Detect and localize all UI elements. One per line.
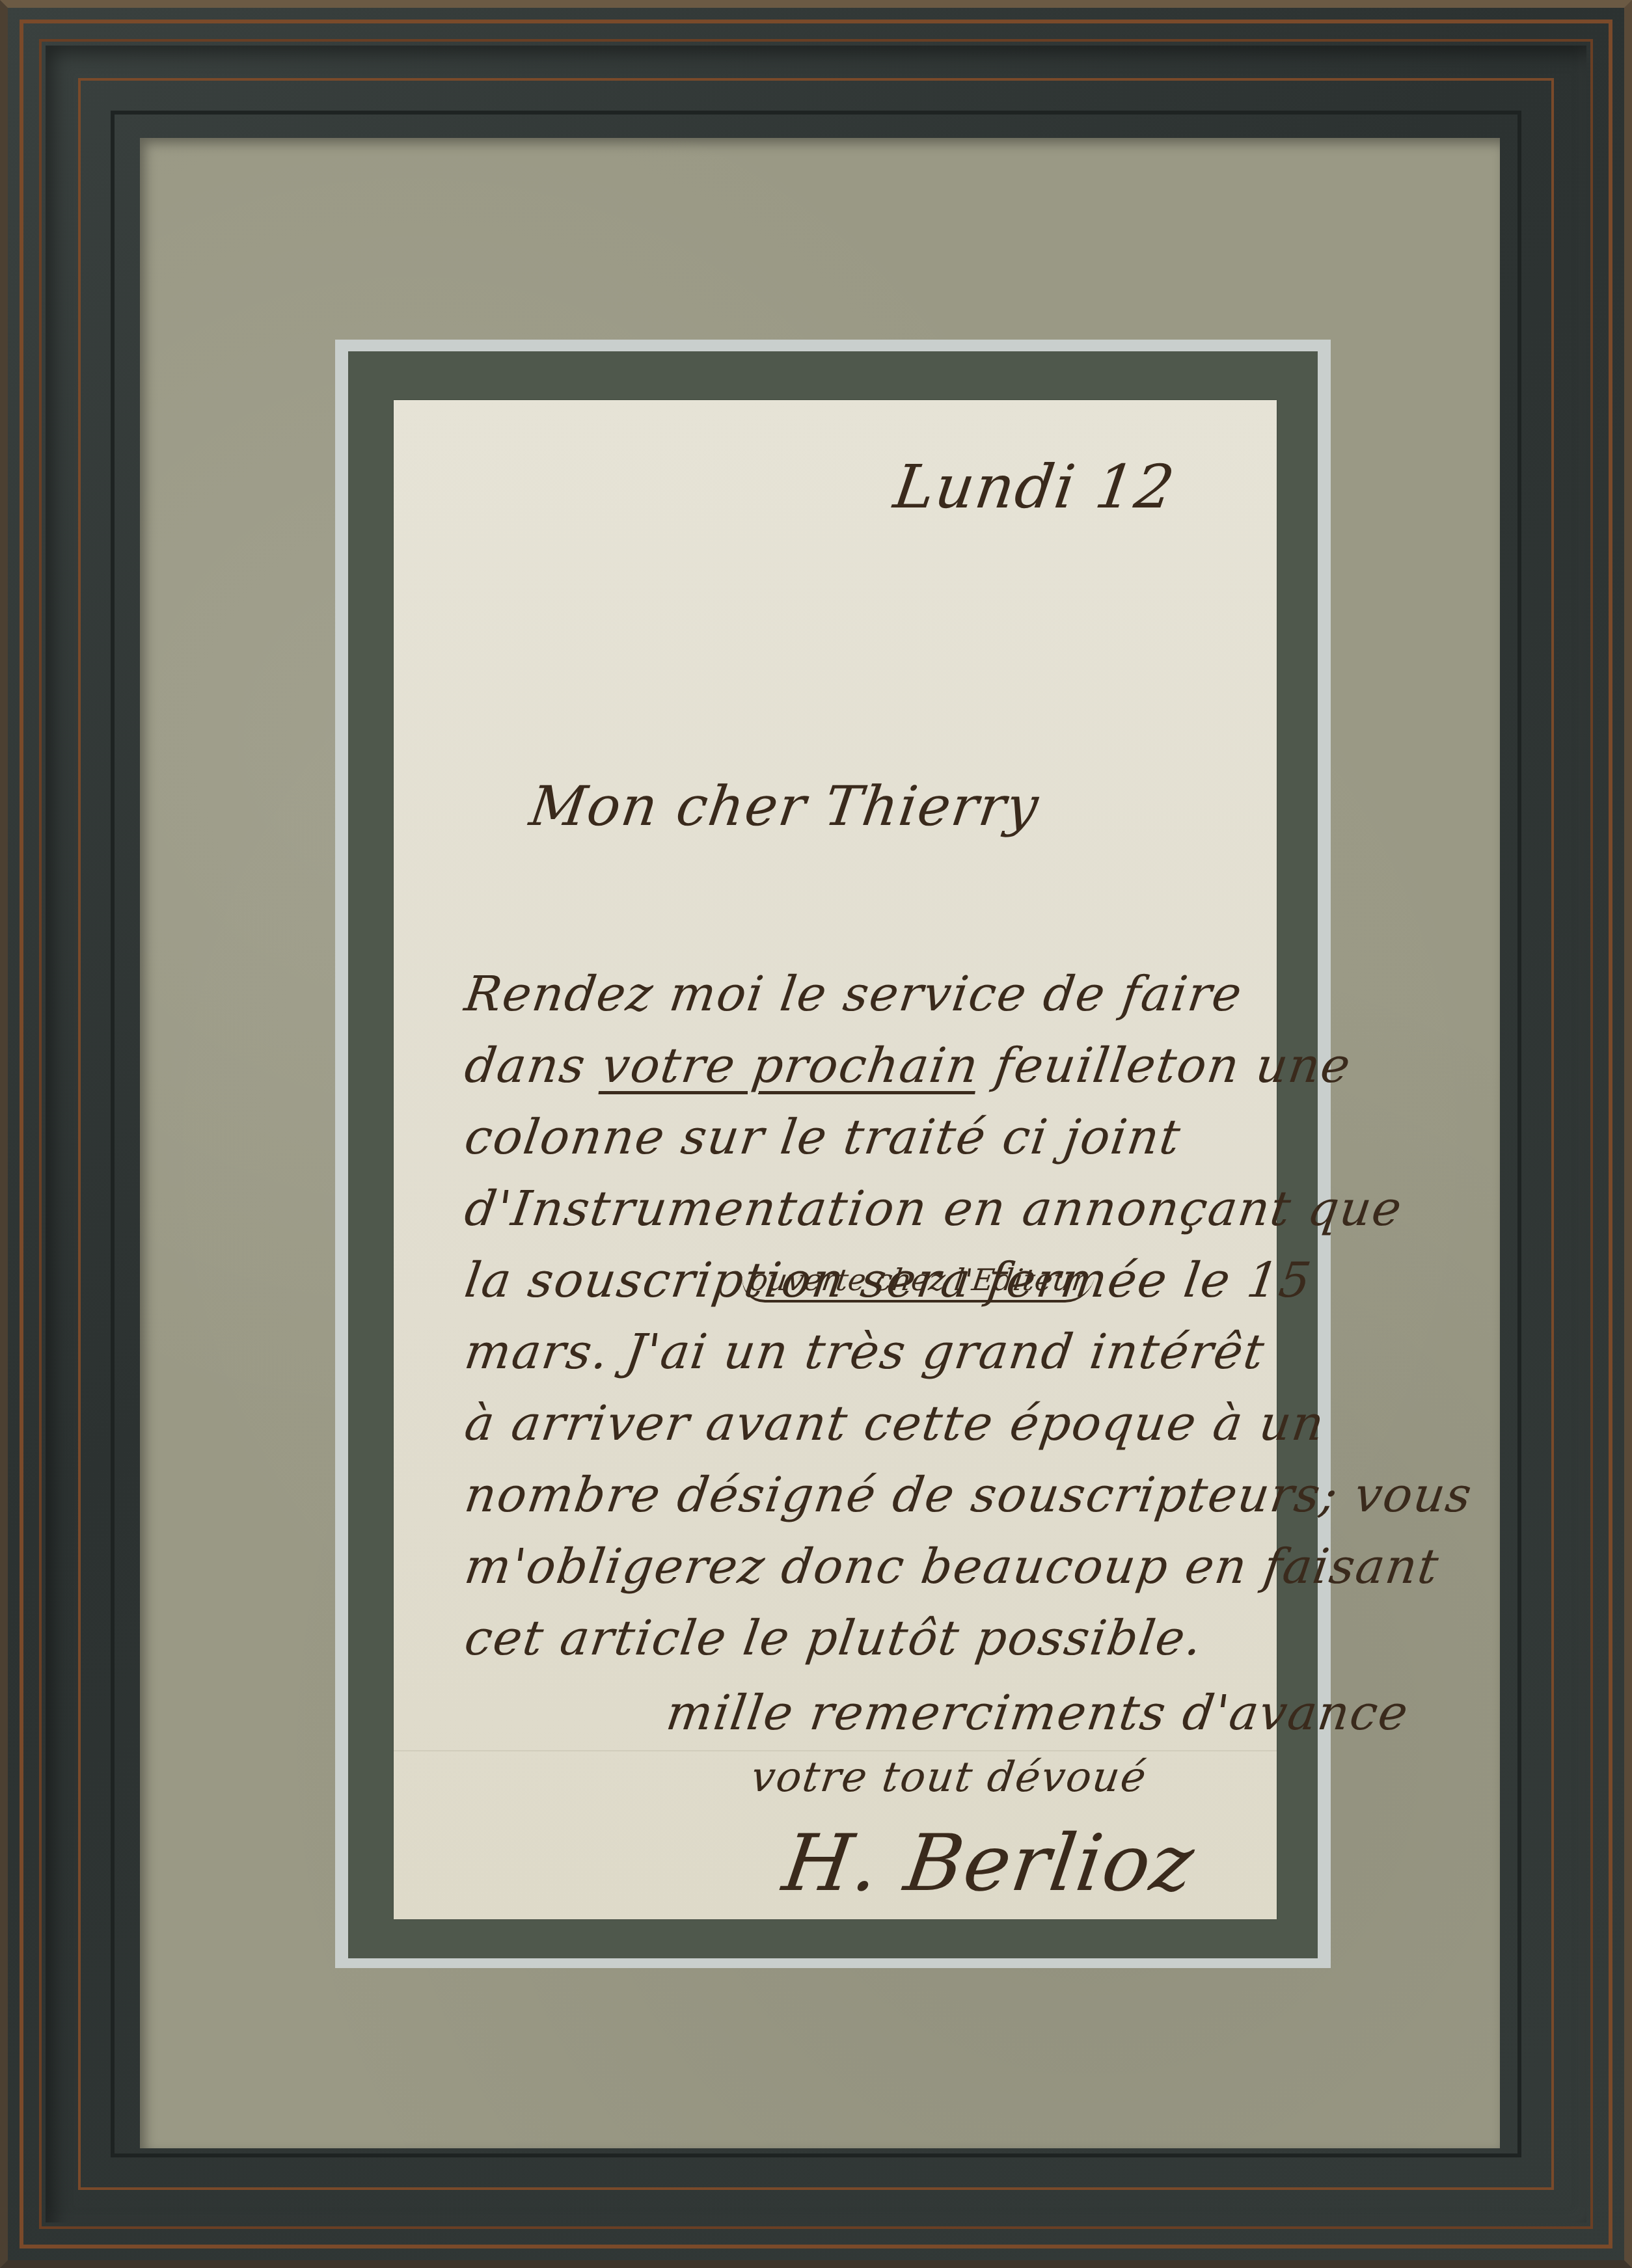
letter-salutation: Mon cher Thierry	[526, 774, 1043, 838]
letter-paper: Lundi 12 Mon cher Thierry Rendez moi le …	[394, 400, 1277, 1919]
body-line: d'Instrumentation en annonçant que	[461, 1181, 1406, 1237]
letter-date: Lundi 12	[890, 452, 1179, 522]
paper-fold	[394, 1750, 1277, 1751]
body-line: dans votre prochain feuilleton une	[461, 1038, 1355, 1094]
signature: H. Berlioz	[778, 1818, 1200, 1909]
body-line: la souscription sera fermée le 15	[461, 1252, 1315, 1308]
body-line: m'obligerez donc beaucoup en faisant	[461, 1539, 1443, 1595]
body-line: Rendez moi le service de faire	[461, 966, 1246, 1022]
body-line: mars. J'ai un très grand intérêt	[461, 1324, 1269, 1380]
underlined-text: votre prochain	[599, 1038, 983, 1094]
body-line: nombre désigné de souscripteurs; vous	[461, 1467, 1476, 1523]
closing-line: votre tout dévoué	[748, 1753, 1150, 1802]
body-line-rest: feuilleton une	[975, 1038, 1355, 1094]
body-line: à arriver avant cette époque à un	[461, 1396, 1329, 1451]
closing-line: mille remerciments d'avance	[663, 1685, 1413, 1741]
body-line: colonne sur le traité ci joint	[461, 1109, 1185, 1165]
body-line: cet article le plutôt possible.	[461, 1610, 1206, 1666]
